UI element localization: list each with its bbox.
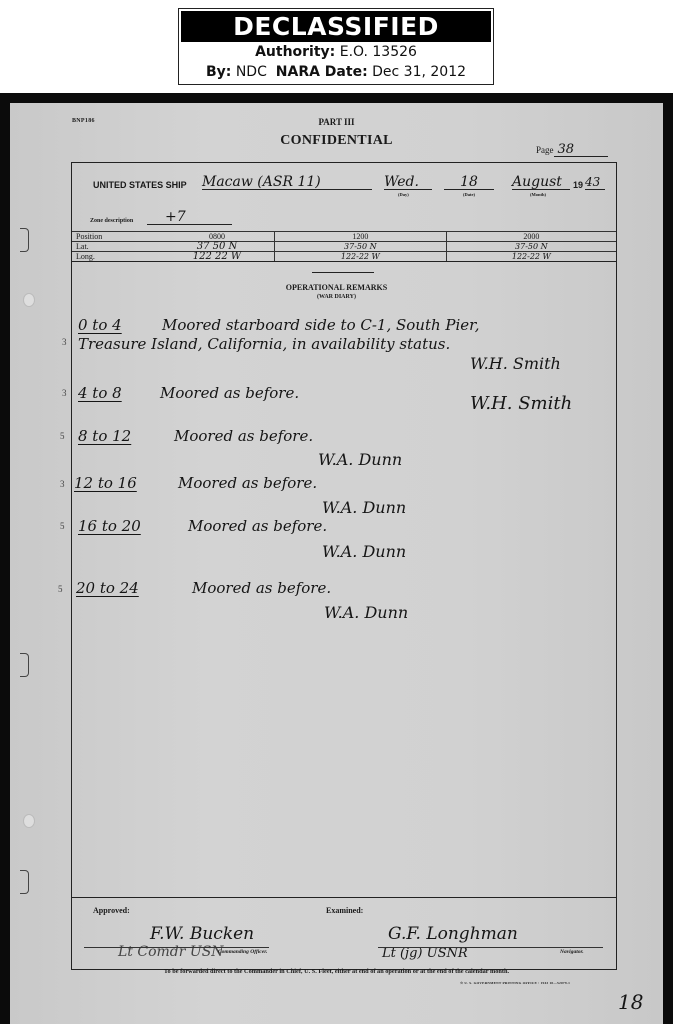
stamp-date-label: NARA Date: [276, 64, 368, 80]
position-header-label: Position [72, 232, 160, 242]
zone-field: +7 [147, 210, 232, 225]
entry-text: Moored as before. [178, 474, 317, 492]
entry-text: Moored as before. [160, 384, 299, 402]
margin-number: 3 [62, 388, 67, 398]
ship-label: UNITED STATES SHIP [93, 180, 187, 190]
part-label: PART III [0, 117, 673, 127]
signature: W.H. Smith [470, 354, 561, 373]
binder-clip-icon [20, 228, 29, 252]
binder-clip-icon [20, 870, 29, 894]
date-field: 18 [444, 175, 494, 190]
remarks-subtitle: (WAR DIARY) [0, 294, 673, 300]
signature: W.A. Dunn [318, 450, 402, 469]
stamp-authority: Authority: E.O. 13526 [179, 42, 493, 62]
watch-0-4: 0 to 4 [78, 316, 122, 334]
signature: W.A. Dunn [324, 603, 408, 622]
examined-signature-line [378, 947, 603, 948]
punch-hole-icon [23, 814, 35, 828]
time-2000: 2000 [446, 232, 616, 242]
margin-number: 5 [60, 521, 65, 531]
stamp-by-label: By: [206, 64, 231, 80]
watch-20-24: 20 to 24 [76, 579, 139, 597]
year-prefix: 19 [573, 180, 583, 190]
month-caption: (Month) [530, 192, 546, 197]
time-0800: 0800 [160, 232, 275, 242]
entry-text: Moored starboard side to C-1, South Pier… [162, 316, 479, 334]
watch-8-12: 8 to 12 [78, 427, 131, 445]
lat-1200: 37-50 N [275, 242, 447, 252]
watch-4-8: 4 to 8 [78, 384, 122, 402]
remarks-title: OPERATIONAL REMARKS [0, 283, 673, 292]
forwarding-instruction: To be forwarded direct to the Commander … [0, 968, 673, 975]
margin-number: 5 [58, 584, 63, 594]
page-number: Page38 [536, 144, 608, 157]
commanding-officer-label: Commanding Officer. [218, 949, 267, 955]
corner-page-number: 18 [618, 990, 643, 1014]
entry-text-continued: Treasure Island, California, in availabi… [78, 335, 450, 353]
signature: W.A. Dunn [322, 542, 406, 561]
binder-clip-icon [20, 653, 29, 677]
day-caption: (Day) [398, 192, 409, 197]
page-number-value: 38 [554, 144, 608, 157]
long-1200: 122-22 W [275, 252, 447, 262]
month-field: August [512, 175, 570, 190]
long-2000: 122-22 W [446, 252, 616, 262]
stamp-authority-label: Authority: [255, 44, 335, 60]
page-label: Page [536, 145, 554, 155]
examined-label: Examined: [326, 906, 363, 915]
stamp-date-value: Dec 31, 2012 [372, 64, 466, 80]
long-0800: 122 22 W [160, 252, 275, 262]
year-field: 43 [585, 175, 605, 190]
date-caption: (Date) [463, 192, 475, 197]
time-1200: 1200 [275, 232, 447, 242]
margin-number: 3 [60, 479, 65, 489]
printer-imprint: ☆ U. S. GOVERNMENT PRINTING OFFICE : 194… [460, 981, 570, 985]
long-label: Long. [72, 252, 160, 262]
examined-rank: Lt (jg) USNR [382, 946, 468, 961]
navigator-label: Navigator. [560, 949, 584, 955]
position-header-row: Position 0800 1200 2000 [72, 232, 616, 242]
lat-0800: 37 50 N [160, 242, 275, 252]
watch-16-20: 16 to 20 [78, 517, 141, 535]
stamp-by-date: By: NDC NARA Date: Dec 31, 2012 [179, 62, 493, 82]
entry-text: Moored as before. [188, 517, 327, 535]
day-field: Wed. [384, 175, 432, 190]
longitude-row: Long. 122 22 W 122-22 W 122-22 W [72, 252, 616, 262]
latitude-row: Lat. 37 50 N 37-50 N 37-50 N [72, 242, 616, 252]
approved-label: Approved: [93, 906, 130, 915]
zone-label: Zone description [90, 218, 133, 224]
signature: W.H. Smith [470, 393, 572, 414]
divider [312, 272, 374, 273]
approved-signature: F.W. Bucken [150, 924, 254, 944]
margin-number: 5 [60, 431, 65, 441]
signature: W.A. Dunn [322, 498, 406, 517]
entry-text: Moored as before. [192, 579, 331, 597]
stamp-title: DECLASSIFIED [181, 11, 491, 42]
lat-2000: 37-50 N [446, 242, 616, 252]
declassified-stamp: DECLASSIFIED Authority: E.O. 13526 By: N… [178, 8, 494, 85]
stamp-authority-value: E.O. 13526 [340, 44, 417, 60]
entry-text: Moored as before. [174, 427, 313, 445]
watch-12-16: 12 to 16 [74, 474, 137, 492]
ship-name-field: Macaw (ASR 11) [202, 175, 372, 190]
lat-label: Lat. [72, 242, 160, 252]
position-table: Position 0800 1200 2000 Lat. 37 50 N 37-… [72, 231, 616, 262]
approved-signature-line [84, 947, 269, 948]
margin-number: 3 [62, 337, 67, 347]
examined-signature: G.F. Longhman [388, 924, 518, 944]
stamp-by-value: NDC [236, 64, 267, 80]
